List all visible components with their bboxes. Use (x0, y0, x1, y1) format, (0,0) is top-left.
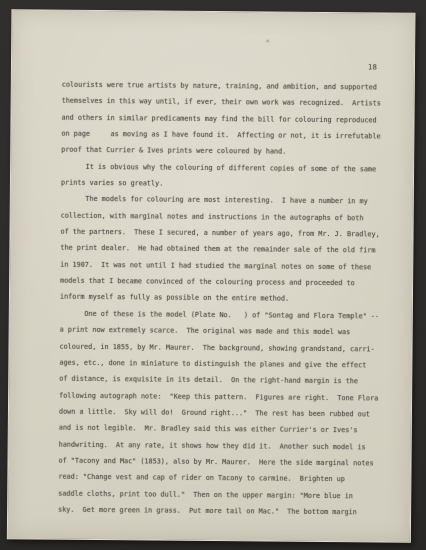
manuscript-page: 18 colourists were true artists by natur… (7, 9, 416, 543)
paper-speck (266, 39, 269, 42)
page-number: 18 (368, 63, 378, 71)
typescript-body: colourists were true artists by nature, … (58, 77, 402, 521)
photo-background: 18 colourists were true artists by natur… (0, 0, 426, 550)
typescript-line: sky. Get more green in grass. Put more t… (58, 502, 398, 521)
